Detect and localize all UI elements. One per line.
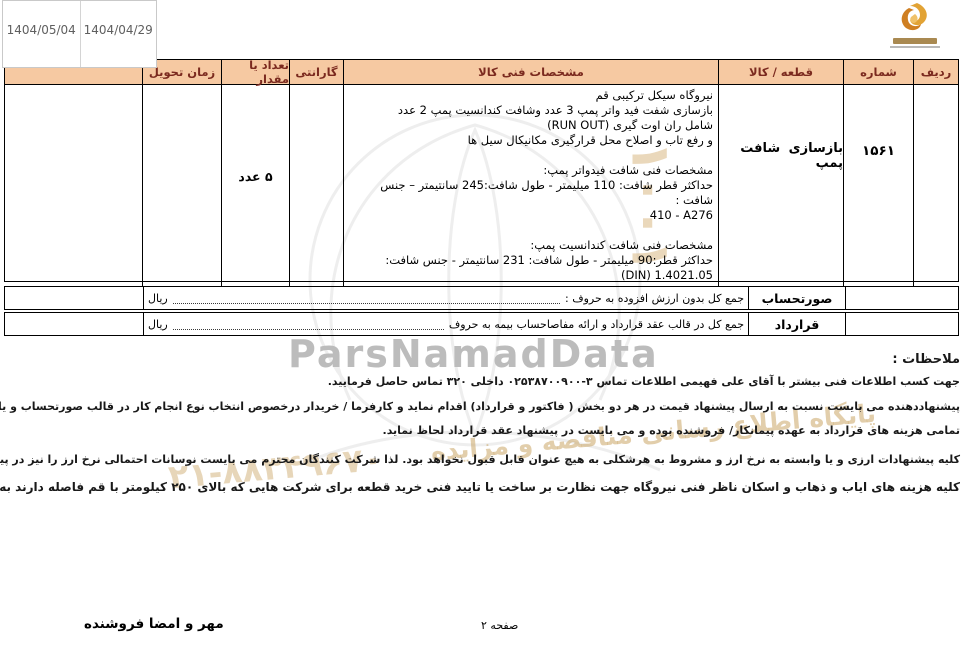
spec-line: و رفع تاب و اصلاح محل قرارگیری مکانیکال … (349, 133, 713, 148)
contract-summary-row: قرارداد جمع کل در قالب عقد قرارداد و ارا… (4, 312, 959, 336)
company-logo (876, 2, 954, 56)
header-ghete-kala: قطعه / کالا (718, 60, 843, 85)
cell-item-specs: نیروگاه سیکل ترکیبی قم بازسازی شفت فید و… (343, 85, 718, 286)
header-moshakhasat: مشخصات فنی کالا (343, 60, 718, 85)
logo-subtext (890, 46, 940, 48)
contract-label: قرارداد (748, 313, 845, 335)
invoice-label: صورتحساب (748, 287, 845, 309)
header-tedad: تعداد یا مقدار (221, 60, 289, 85)
cell-quantity: ۵ عدد (221, 85, 289, 286)
cell-radif-empty (913, 85, 958, 286)
note-line: تمامی هزینه های قرارداد به عهده پیمانکار… (383, 424, 960, 437)
main-item-table: ردیف شماره قطعه / کالا مشخصات فنی کالا گ… (4, 59, 959, 282)
invoice-amount-cell: جمع کل بدون ارزش افزوده به حروف : ریال (143, 287, 748, 309)
header-shomareh: شماره (843, 60, 913, 85)
contract-currency: ریال (148, 318, 168, 331)
spec-line: ‪410 - A276‬ (349, 208, 713, 223)
dotted-fill-line (173, 318, 444, 330)
page-number: صفحه ۲ (481, 619, 518, 632)
spec-line (349, 148, 713, 163)
notes-title: ملاحظات : (892, 352, 960, 367)
spec-line: مشخصات فنی شافت کندانسیت پمپ: (349, 238, 713, 253)
date-cell-left: 1404/05/04 (3, 1, 80, 67)
invoice-amount-text: جمع کل بدون ارزش افزوده به حروف : (565, 292, 744, 305)
spec-line: حداکثر قطر شافت: 110 میلیمتر - طول شافت:… (349, 178, 713, 193)
spec-line: شافت : (349, 193, 713, 208)
contract-left-empty-cell (5, 313, 143, 335)
document-page: { "date_box": { "left_date": "1404/05/04… (0, 0, 967, 648)
spec-line: نیروگاه سیکل ترکیبی قم (349, 88, 713, 103)
logo-wordmark (893, 38, 937, 44)
invoice-currency: ریال (148, 292, 168, 305)
parsnamaddata-watermark: ParsNamadData (288, 332, 659, 376)
cell-item-number: ۱۵۶۱ (843, 85, 913, 286)
date-cell-right: 1404/04/29 (80, 1, 157, 67)
cell-garanti-empty (289, 85, 343, 286)
contract-amount-cell: جمع کل در قالب عقد قرارداد و ارائه مفاصا… (143, 313, 748, 335)
invoice-summary-row: صورتحساب جمع کل بدون ارزش افزوده به حروف… (4, 286, 959, 310)
invoice-right-empty-cell (845, 287, 958, 309)
spec-line: ‪(DIN) 1.4021.05‬ (349, 268, 713, 283)
note-line: کلیه پیشنهادات ارزی و یا وابسته به نرخ ا… (0, 453, 960, 466)
note-line: کلیه هزینه های ایاب و ذهاب و اسکان ناظر … (0, 480, 960, 494)
spec-line: شامل ران اوت گیری ‪(RUN OUT)‬ (349, 118, 713, 133)
note-line: پیشنهاددهنده می بایست نسبت به ارسال پیشن… (0, 400, 960, 413)
flame-icon (895, 2, 935, 36)
seller-signature-label: مهر و امضا فروشنده (84, 616, 224, 632)
spec-line: حداکثر قطر:90 میلیمتر - طول شافت: 231 سا… (349, 253, 713, 268)
cell-hidden-empty (5, 85, 142, 286)
header-radif: ردیف (913, 60, 958, 85)
spec-line: مشخصات فنی شافت فیدواتر پمپ: (349, 163, 713, 178)
invoice-left-empty-cell (5, 287, 143, 309)
contract-amount-text: جمع کل در قالب عقد قرارداد و ارائه مفاصا… (449, 318, 744, 331)
note-line: جهت کسب اطلاعات فنی بیشتر با آقای علی فه… (328, 375, 960, 388)
header-garanti: گارانتی (289, 60, 343, 85)
contract-right-empty-cell (845, 313, 958, 335)
cell-item-title: بازسازی شافت پمپ (718, 85, 843, 286)
spec-line (349, 223, 713, 238)
date-overlay-box: 1404/05/04 1404/04/29 (2, 0, 157, 68)
spec-line: بازسازی شفت فید واتر پمپ 3 عدد وشافت کند… (349, 103, 713, 118)
dotted-fill-line (173, 292, 560, 304)
cell-zaman-empty (142, 85, 221, 286)
